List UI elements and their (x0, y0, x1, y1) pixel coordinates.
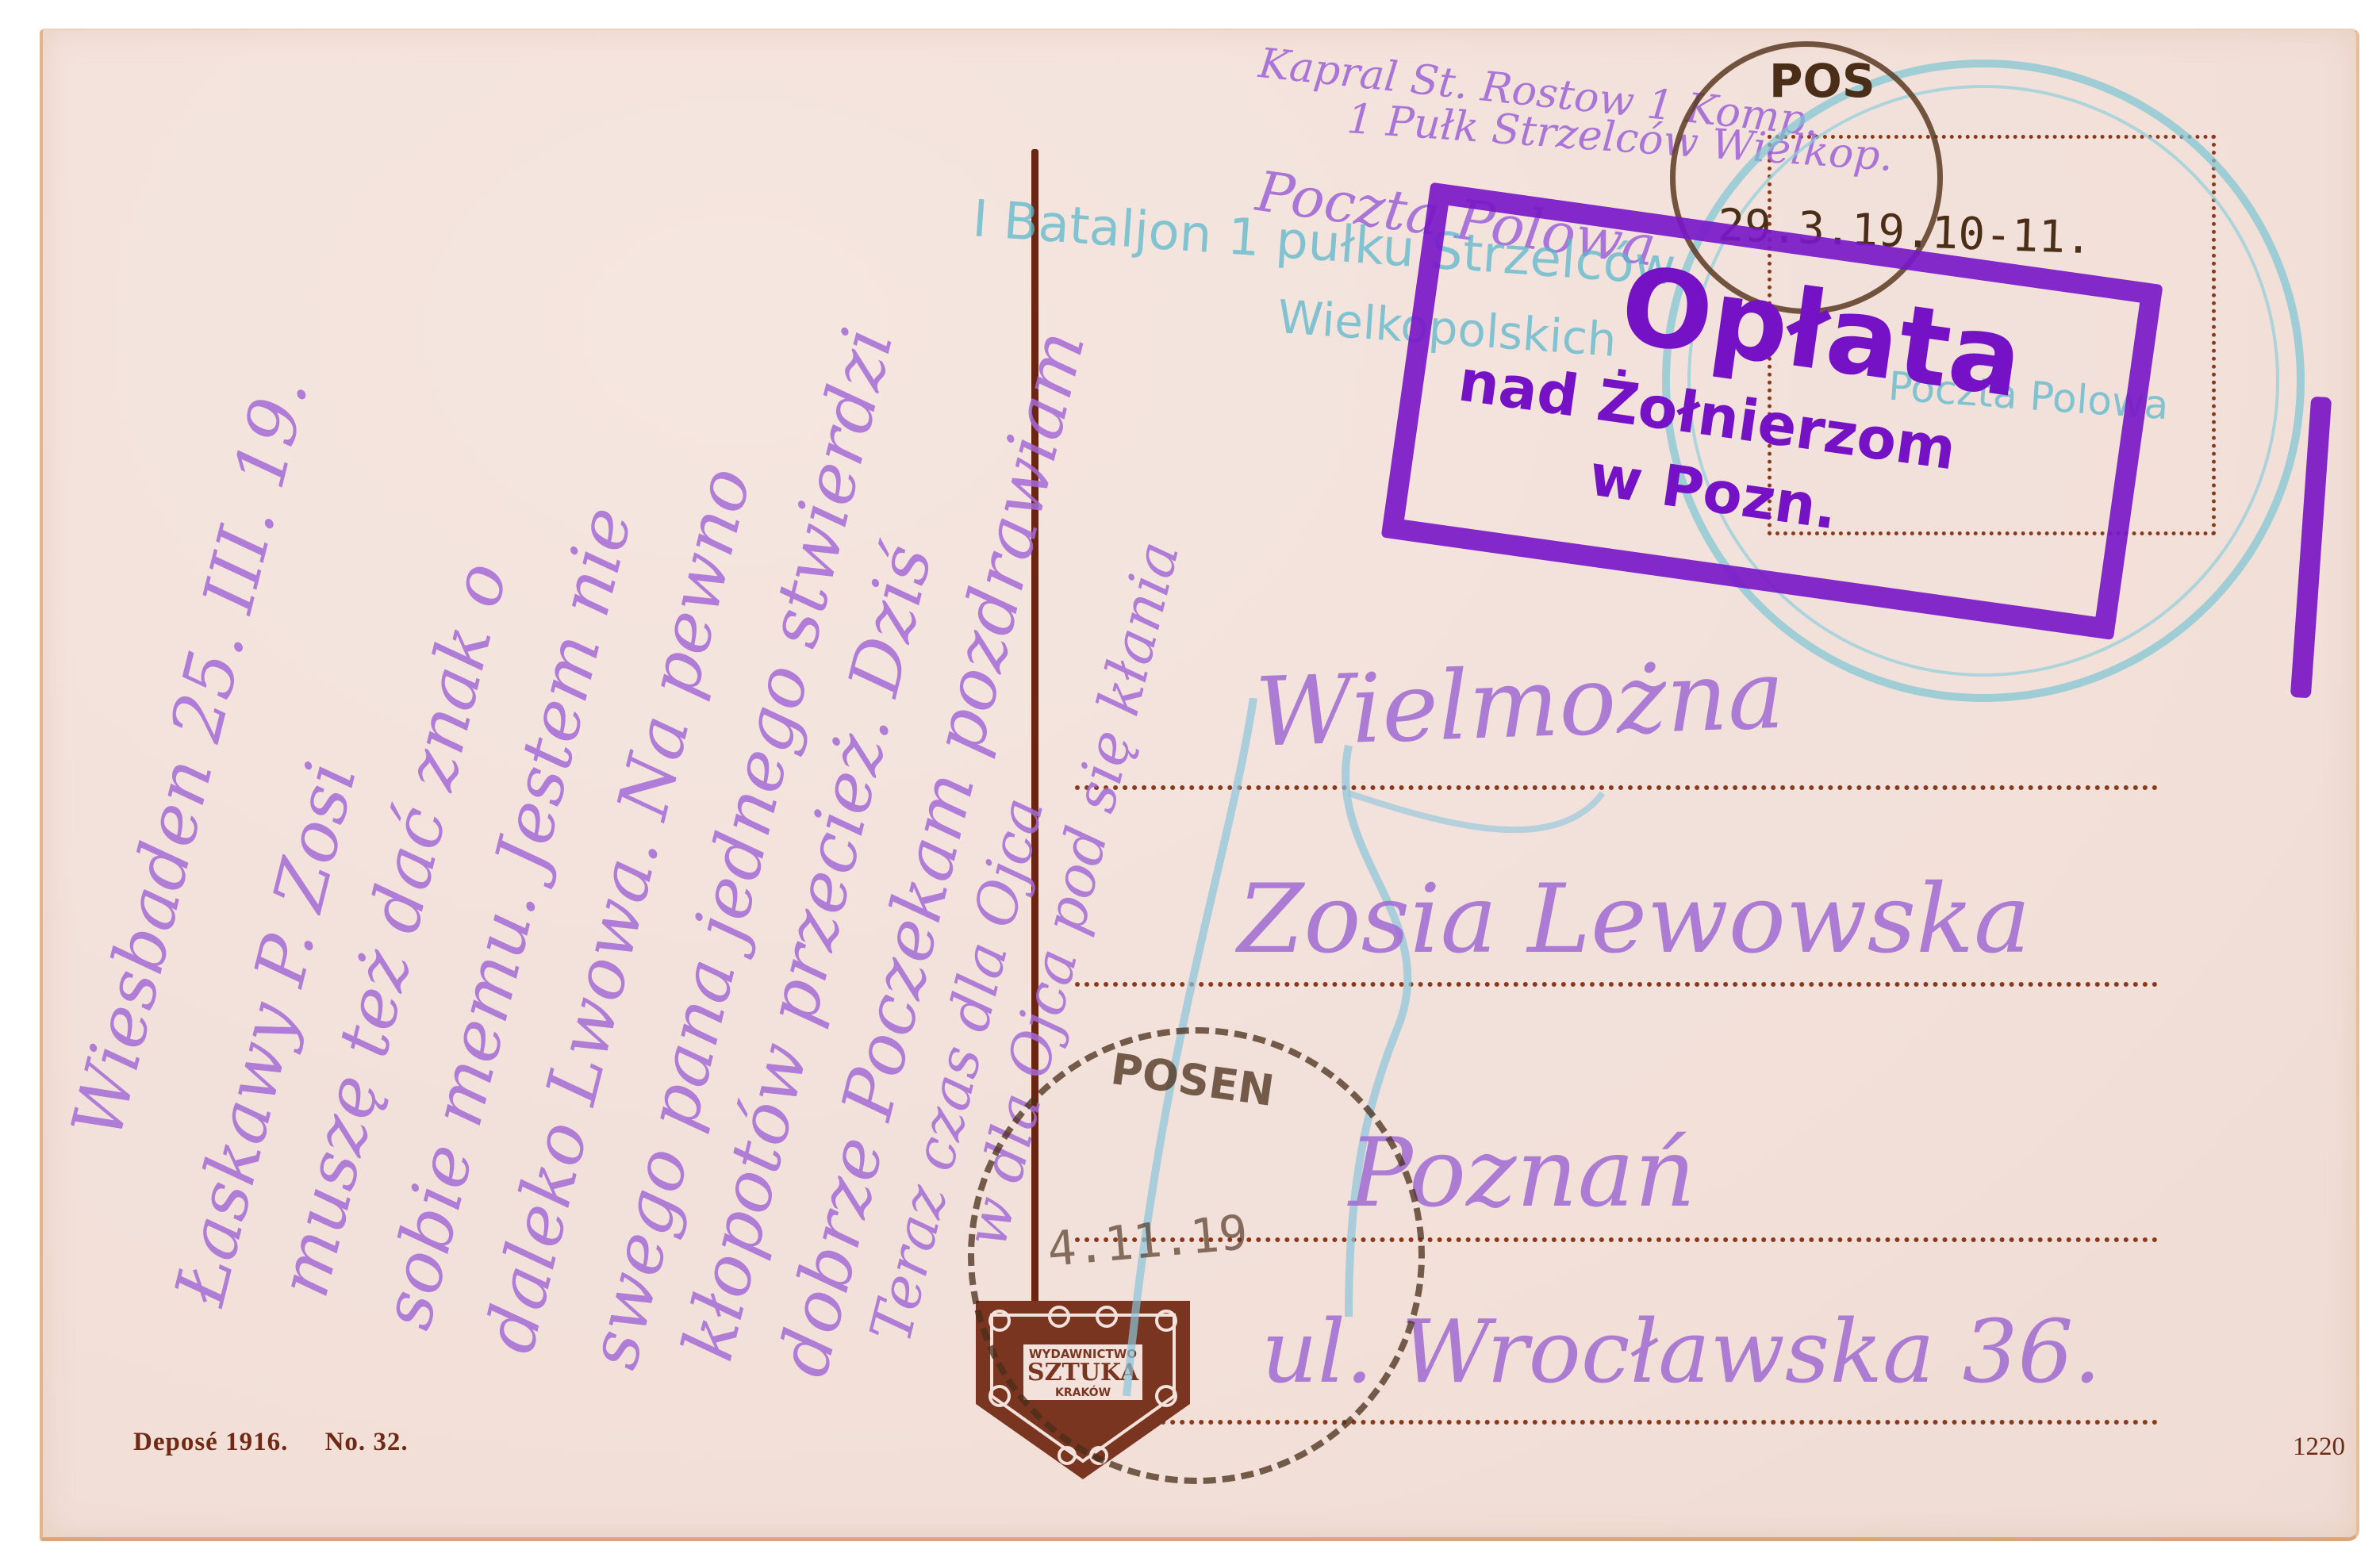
address-salutation: Wielmożna (1253, 640, 1787, 769)
address-name: Zosia Lewowska (1238, 865, 2031, 975)
deposit-note: Deposé 1916. No. 32. (133, 1428, 409, 1457)
card-number: No. 32. (325, 1428, 409, 1456)
serial-number: 1220 (2293, 1433, 2345, 1462)
deposit-year: Deposé 1916. (133, 1428, 288, 1456)
postmark-top-city: POS (1769, 54, 1875, 108)
